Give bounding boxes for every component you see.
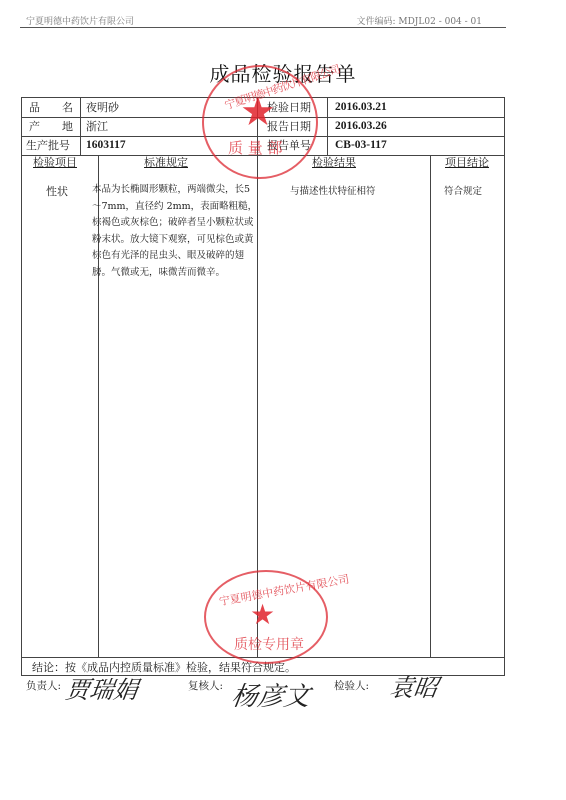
origin-value: 浙江 — [86, 117, 108, 136]
report-date-value: 2016.03.26 — [335, 117, 387, 136]
inspector-signature: 袁昭 — [388, 668, 441, 703]
product-name-value: 夜明砂 — [86, 98, 119, 117]
document-code: 文件编码: MDJL02 - 004 - 01 — [356, 18, 482, 27]
responsible-signature: 贾瑞娟 — [64, 670, 141, 705]
seal-title-text: 质检专用章 — [234, 634, 304, 654]
row-standard: 本品为长椭圆形颗粒，两端微尖，长5～7mm，直径约 2mm，表面略粗糙，棕褐色或… — [92, 182, 258, 281]
star-icon: ★ — [240, 89, 276, 135]
product-name-label: 品 名 — [29, 98, 73, 117]
column-header-standard: 标准规定 — [144, 153, 188, 172]
column-header-item: 检验项目 — [33, 153, 77, 172]
inspect-date-value: 2016.03.21 — [335, 98, 387, 117]
batch-value: 1603117 — [86, 136, 126, 155]
star-icon: ★ — [250, 598, 275, 631]
inspector-label: 检验人: — [334, 678, 369, 693]
page-header: 宁夏明德中药饮片有限公司 文件编码: MDJL02 - 004 - 01 — [20, 0, 506, 28]
reviewer-signature: 杨彦文 — [229, 676, 312, 713]
quality-dept-stamp: 宁夏明德中药饮片有限公司 ★ 质 量 部 — [202, 65, 318, 179]
responsible-label: 负责人: — [26, 678, 61, 693]
column-header-conclusion: 项目结论 — [445, 153, 489, 172]
reviewer-label: 复核人: — [188, 678, 223, 693]
qc-seal-stamp: 宁夏明德中药饮片有限公司 ★ 质检专用章 — [204, 570, 328, 664]
row-item: 性状 — [46, 182, 68, 201]
stamp-dept-text: 质 量 部 — [228, 137, 283, 158]
company-name: 宁夏明德中药饮片有限公司 — [26, 18, 134, 27]
row-conclusion: 符合规定 — [444, 182, 482, 201]
column-header-result: 检验结果 — [312, 153, 356, 172]
origin-label: 产 地 — [29, 117, 73, 136]
row-result: 与描述性状特征相符 — [290, 182, 376, 201]
